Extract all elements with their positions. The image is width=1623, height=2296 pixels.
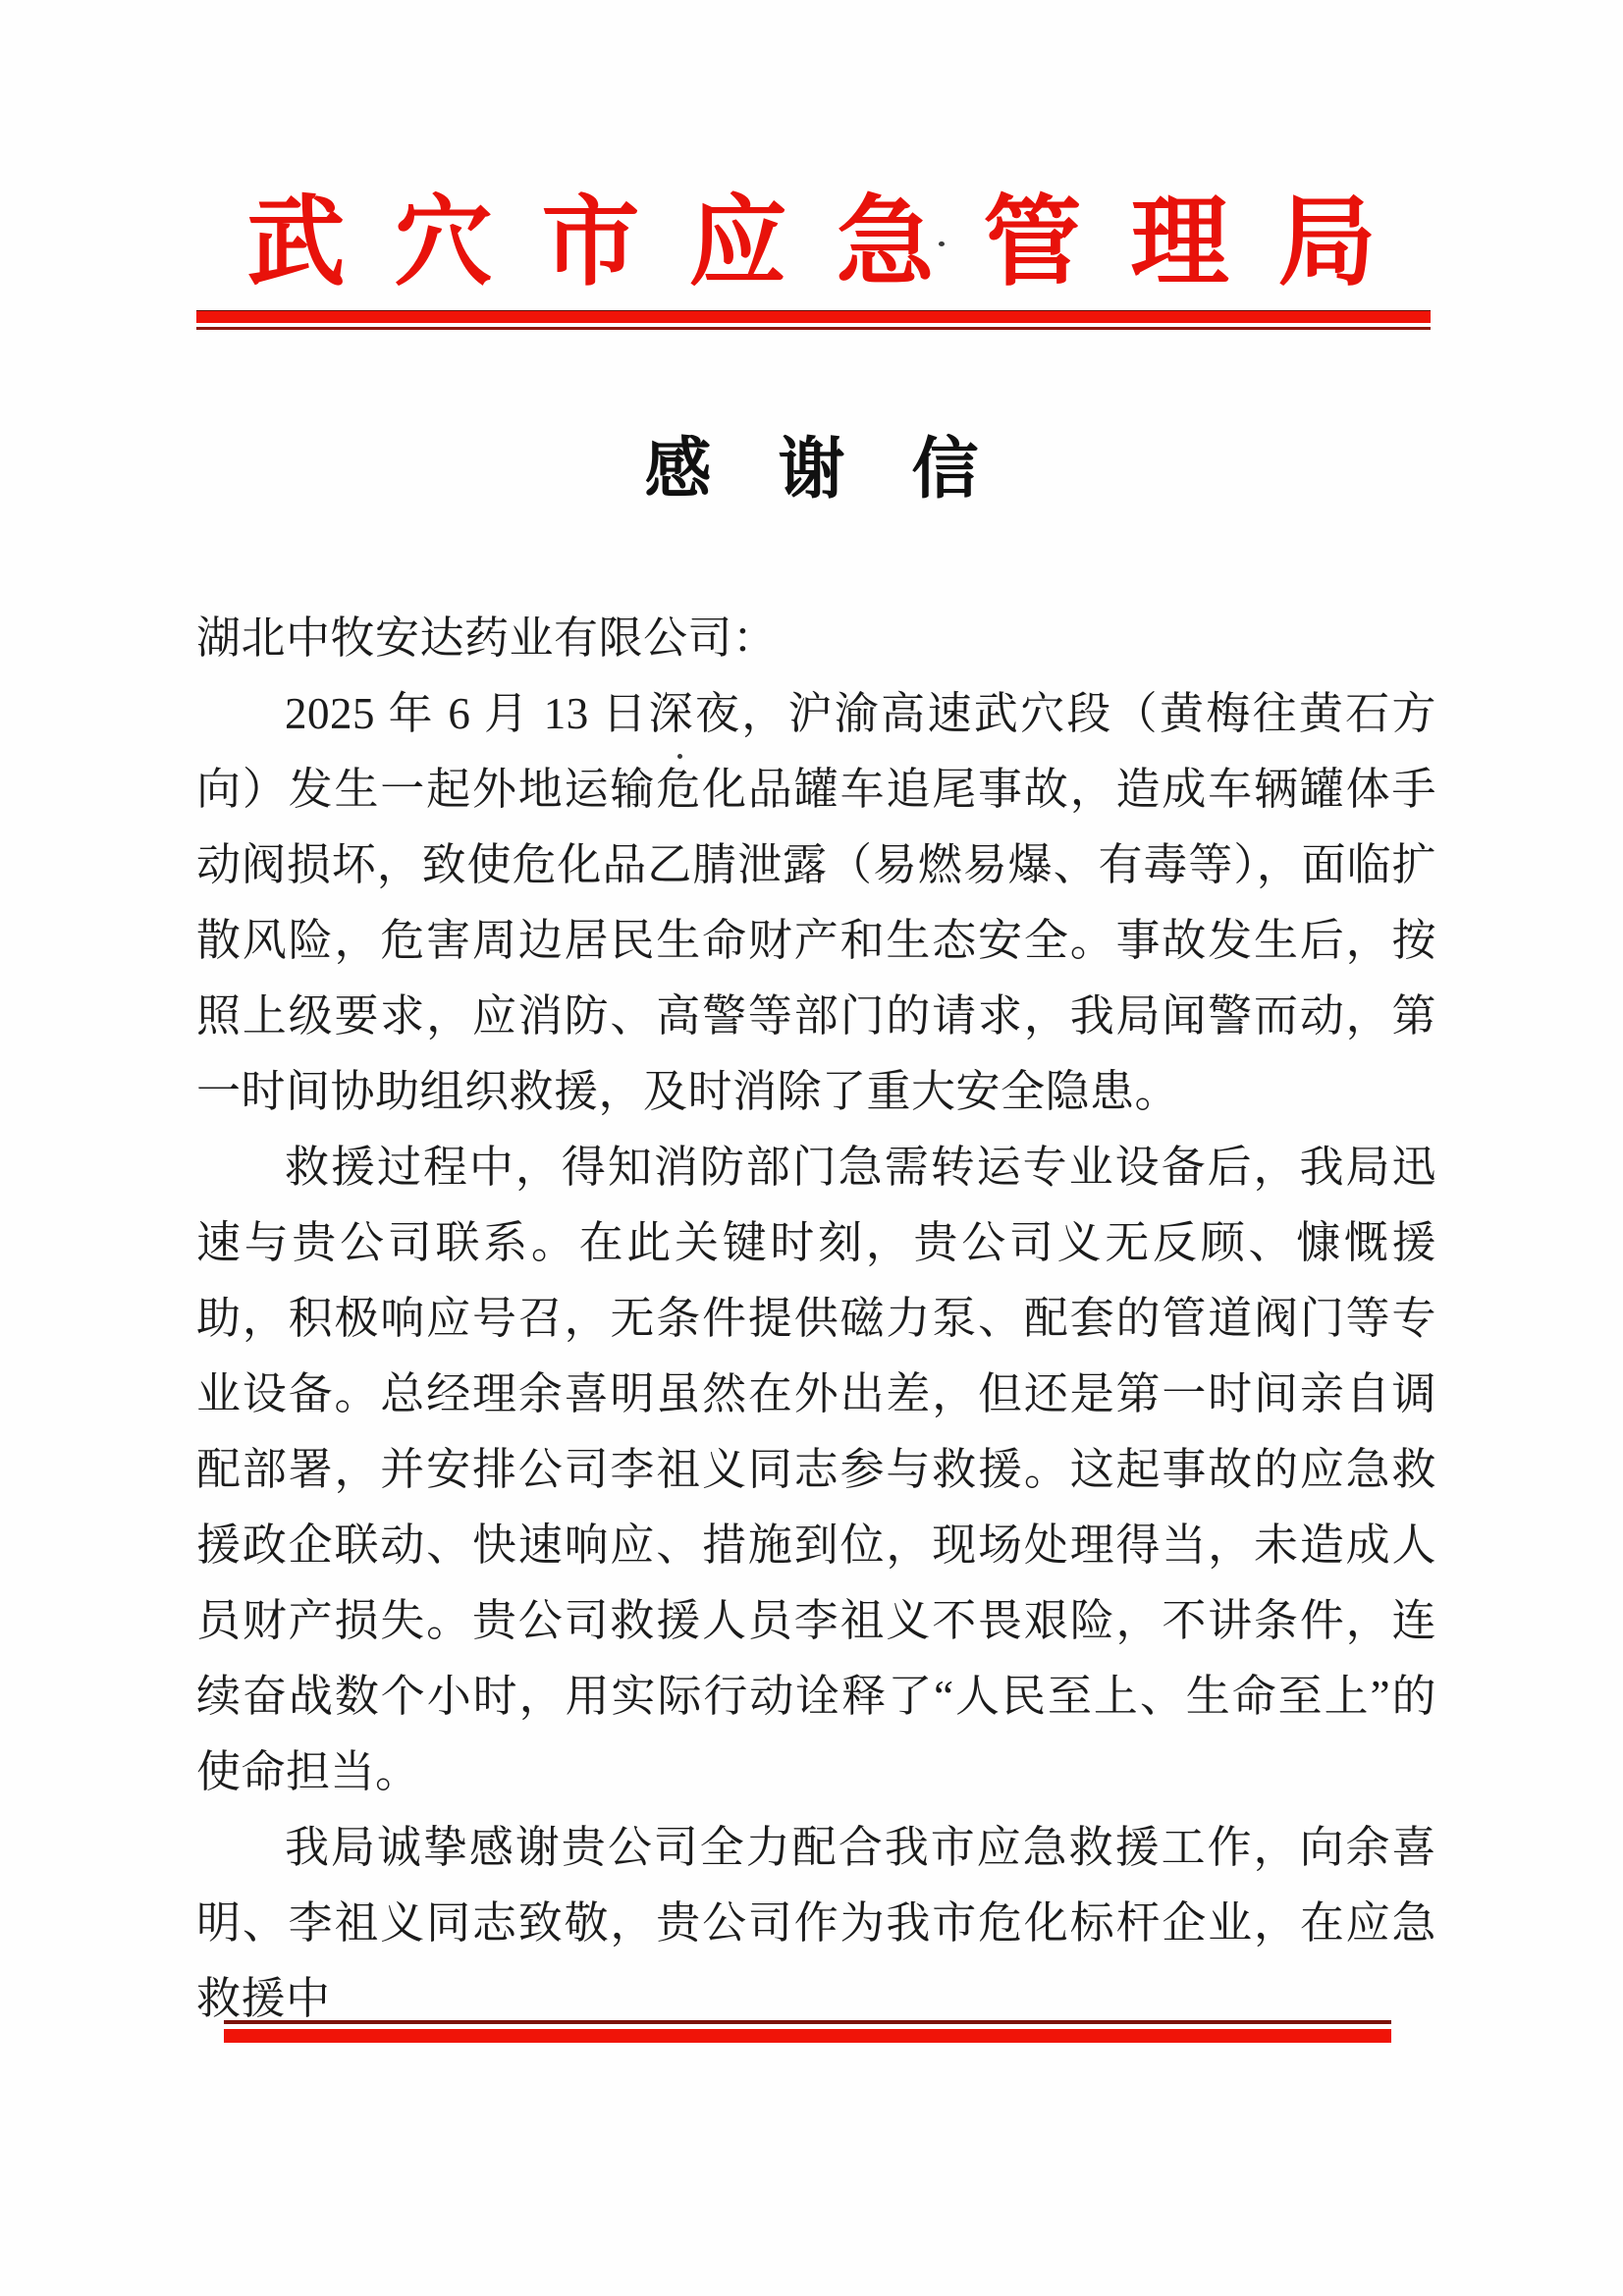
- scan-speck: [677, 754, 682, 759]
- letter-title: 感 谢 信: [0, 436, 1623, 503]
- letterhead-rule: [196, 311, 1431, 330]
- paragraph-2: 救援过程中，得知消防部门急需转运专业设备后，我局迅速与贵公司联系。在此关键时刻，…: [196, 1130, 1436, 1810]
- scan-speck: [939, 241, 945, 246]
- footer-rule: [224, 2020, 1391, 2043]
- footer-rule-thick: [224, 2029, 1391, 2043]
- salutation: 湖北中牧安达药业有限公司：: [196, 601, 1436, 676]
- agency-name: 武穴市应急管理局: [0, 189, 1623, 297]
- letter-page: 武穴市应急管理局 感 谢 信 湖北中牧安达药业有限公司： 2025 年 6 月 …: [0, 0, 1623, 2296]
- letterhead-rule-thick: [196, 311, 1431, 323]
- paragraph-1: 2025 年 6 月 13 日深夜，沪渝高速武穴段（黄梅往黄石方向）发生一起外地…: [196, 676, 1436, 1130]
- letter-body: 湖北中牧安达药业有限公司： 2025 年 6 月 13 日深夜，沪渝高速武穴段（…: [196, 601, 1436, 2037]
- letterhead: 武穴市应急管理局: [0, 189, 1623, 330]
- letterhead-rule-thin: [196, 327, 1431, 330]
- paragraph-3: 我局诚挚感谢贵公司全力配合我市应急救援工作，向余喜明、李祖义同志致敬，贵公司作为…: [196, 1810, 1436, 2037]
